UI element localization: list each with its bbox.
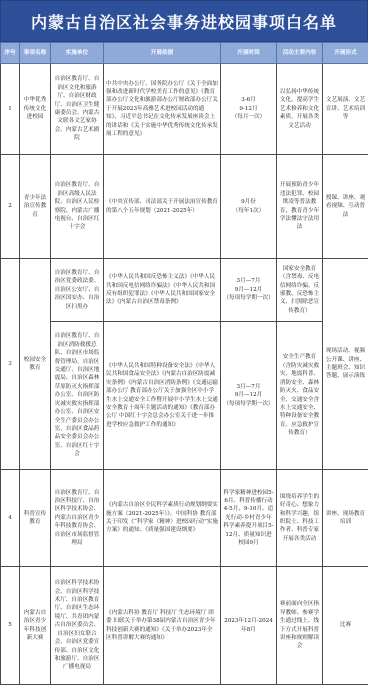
header-no: 序号 [1,43,20,64]
row-basis: 《中央宣传部、司法部关于开展法治宣传教育的第八个五年规划（2021-2025年） [104,155,221,259]
header-basis: 开展依据 [104,43,221,64]
header-time: 开展时间 [221,43,277,64]
table-row: 3 校园安全教育 自治区教育厅、自治区党委政法委、自治区公安厅、自治区国安办、自… [1,259,368,322]
table-row: 2 青少年法治宣传教育 自治区教育厅、自治区高级人民法院、自治区人民检察院、内蒙… [1,155,368,259]
row-basis: 《中华人民共和国特种设备安全法》《中华人民共和国食品安全法》《内蒙古自治区防震减… [104,322,221,470]
row-name: 内蒙古自治区青少年科技创新大赛 [20,567,51,685]
table-header-row: 序号 事项名称 实施单位 开展依据 开展时间 活动主要内容 开展形式 [1,43,368,64]
row-time: 3月—7月 9月—12月 （每项每学期一次） [221,322,277,470]
page-title: 内蒙古自治区社会事务进校园事项白名单 [0,0,368,42]
row-name: 科普宣传教育 [20,470,51,567]
row-content: 围绕培养学生的好奇心、想象力和科学兴趣，组织院士、科技工作者、科普专家开展各类活… [277,470,323,567]
row-units: 自治区教育厅、自治区科技厅、自治区科学技术协会、内蒙古自治区青少年科技教育协会、… [51,470,104,567]
table-row: 1 中华优秀传统文化进校园 自治区教育厅、自治区文化和旅游厅、自治区财政厅、自治… [1,64,368,155]
row-units: 自治区教育厅、自治区文化和旅游厅、自治区财政厅、自治区卫生健康委员会、内蒙古文联… [51,64,104,155]
row-units: 自治区教育厅、自治区消防救援总队、自治区市场监督管理局、自治区交通厅、自治区地震… [51,322,104,470]
row-time: 科学家精神进校园5-6月、科普传播行动4-5月、9-10月、追光行动-乡村青少年… [221,470,277,567]
row-no: 2 [1,155,20,259]
row-time: 3-6月 9-12月 （每月一次） [221,64,277,155]
row-name: 青少年法治宣传教育 [20,155,51,259]
row-content: 开展预防青少年违法犯罪、校园欺凌等普法教育，教育青少年学法懂法守法用法 [277,155,323,259]
row-units: 自治区教育厅、自治区高级人民法院、自治区人民检察院、内蒙古广播电视台、自治区红十… [51,155,104,259]
row-form: 授课、讲座、观看视频、互动普法 [323,155,368,259]
table-subrow: 自治区教育厅、自治区消防救援总队、自治区市场监督管理局、自治区交通厅、自治区地震… [1,322,368,470]
table-row: 4 科普宣传教育 自治区教育厅、自治区科技厅、自治区科学技术协会、内蒙古自治区青… [1,470,368,567]
row-form: 比赛 [323,567,368,685]
row-form: 文艺展演、文艺宣讲、艺术培训等 [323,64,368,155]
row-no: 5 [1,567,20,685]
row-basis: 中共中央办公厅、国务院办公厅《关于全面加强和改进新时代学校美育工作的意见》《教育… [104,64,221,155]
header-name: 事项名称 [20,43,51,64]
row-no: 1 [1,64,20,155]
row-no: 4 [1,470,20,567]
row-content: 赛前面向全区指导教师、参赛学生通过线上、线下方式开展科普讲座和规则解读会 [277,567,323,685]
row-content: 国家安全教育（含禁毒、反电信网络诈骗、反邪教、反恐怖主义、扫黑除恶宣传教育） [277,259,323,322]
row-time: 9月份 （每年1次） [221,155,277,259]
row-content: 安全生产教育（含防灾减灾救灾、地震科普、消防安全、森林防灭火、食品安全、交通安全… [277,322,323,470]
table-row: 5 内蒙古自治区青少年科技创新大赛 自治区科学技术协会、自治区科学技术厅、自治区… [1,567,368,685]
header-content: 活动主要内容 [277,43,323,64]
header-units: 实施单位 [51,43,104,64]
row-time: 2023年12月-2024年8月 [221,567,277,685]
row-time: 3月—7月 9月—12月 （每项每学期一次） [221,259,277,322]
row-name: 校园安全教育 [20,259,51,470]
row-form: 讲座、现场教育培训 [323,470,368,567]
row-units: 自治区科学技术协会、自治区科学技术厅、自治区教育厅、自治区生态环境厅、共青团内蒙… [51,567,104,685]
row-no: 3 [1,259,20,470]
header-form: 开展形式 [323,43,368,64]
row-name: 中华优秀传统文化进校园 [20,64,51,155]
row-basis: 《内蒙古自治区全民科学素质行动规划纲要实施方案（2021-2025年）》、中国科… [104,470,221,567]
row-basis: 《中华人民共和国反恐怖主义法》《中华人民共和国反电信网络诈骗法》《中华人民共和国… [104,259,221,322]
whitelist-table: 序号 事项名称 实施单位 开展依据 开展时间 活动主要内容 开展形式 1 中华优… [0,42,368,685]
row-content: 以弘扬中华传统文化，提高学生艺术修养和文化素质，开展各类文艺活动 [277,64,323,155]
row-units: 自治区教育厅、自治区党委政法委、自治区公安厅、自治区国安办、自治区扫黑办 [51,259,104,322]
row-form: 现场活动、视频公开课、讲座、主题班会、知识答题、展示演练 [323,259,368,470]
row-basis: 《内蒙古科协 教育厅 科技厅 生态环境厅 团委 妇联关于举办第38届内蒙古自治区… [104,567,221,685]
